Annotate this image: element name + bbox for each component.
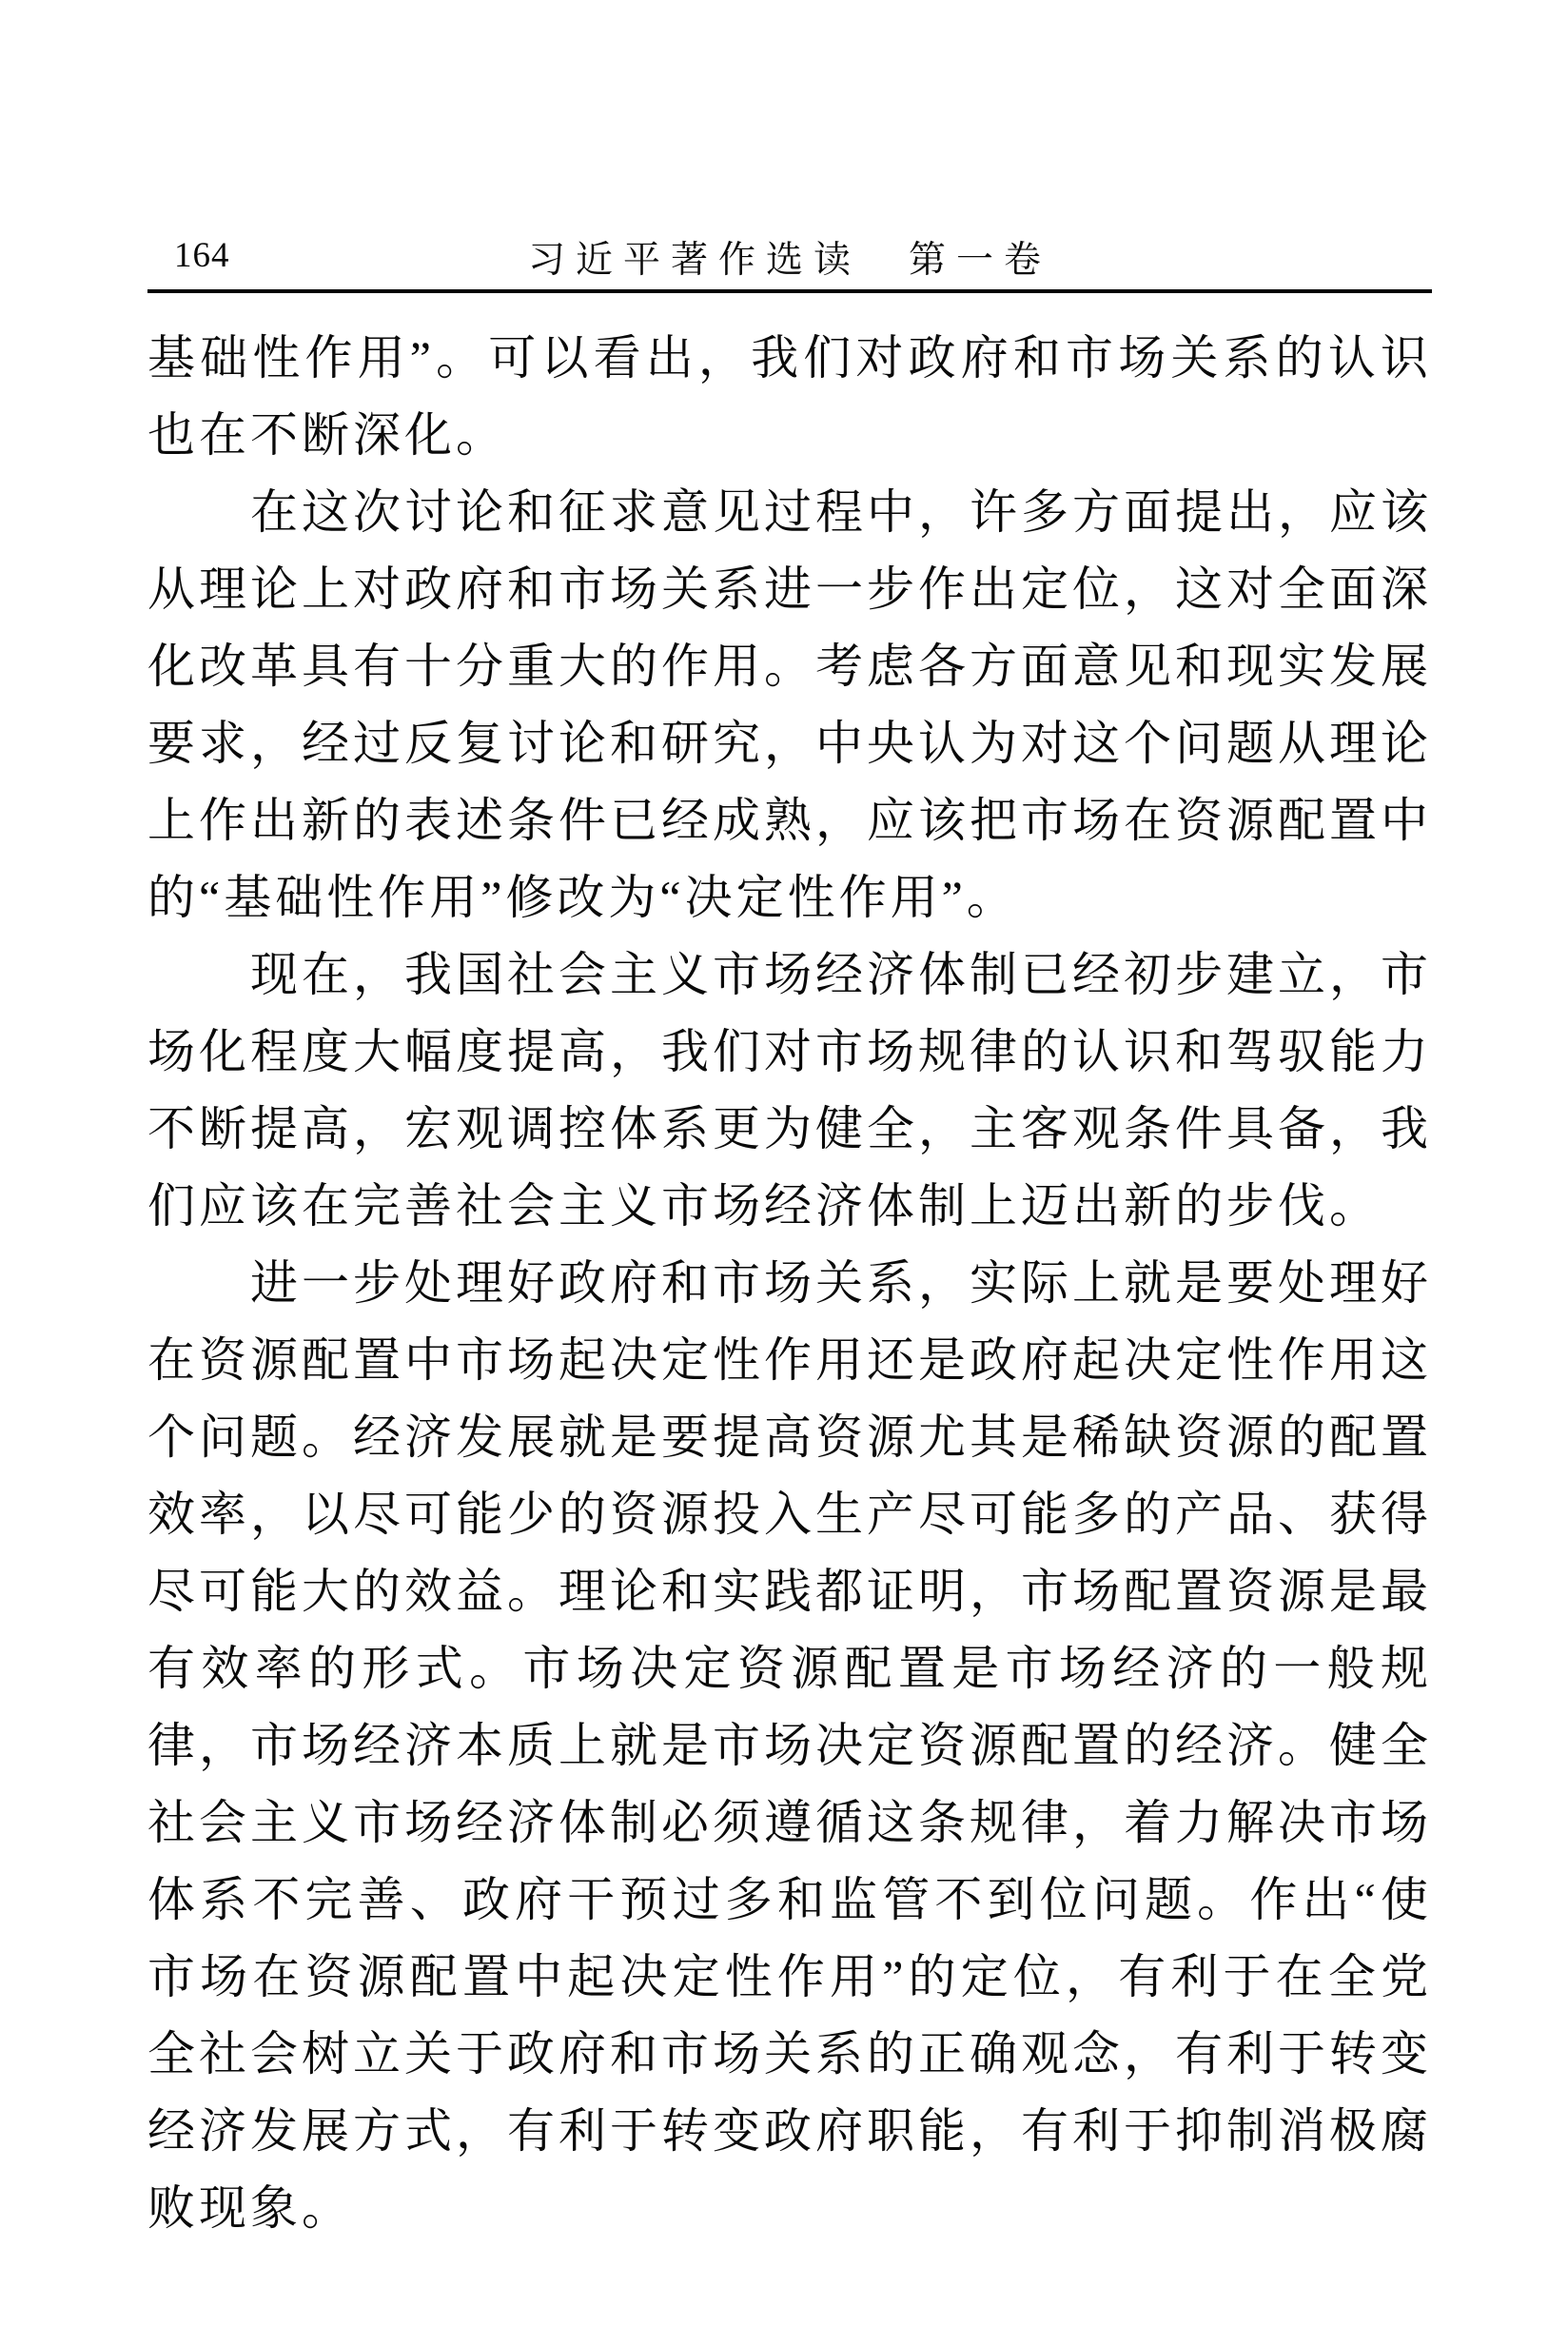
running-title: 习近平著作选读 第一卷 xyxy=(147,217,1432,284)
book-page: 164 习近平著作选读 第一卷 基础性作用”。可以看出，我们对政府和市场关系的认… xyxy=(0,0,1568,2347)
body-paragraph: 进一步处理好政府和市场关系，实际上就是要处理好在资源配置中市场起决定性作用还是政… xyxy=(147,1245,1432,2247)
text-column: 164 习近平著作选读 第一卷 基础性作用”。可以看出，我们对政府和市场关系的认… xyxy=(147,217,1432,2247)
body-paragraph: 现在，我国社会主义市场经济体制已经初步建立，市场化程度大幅度提高，我们对市场规律… xyxy=(147,937,1432,1245)
page-header: 164 习近平著作选读 第一卷 xyxy=(147,217,1432,276)
body-paragraph: 基础性作用”。可以看出，我们对政府和市场关系的认识也在不断深化。 xyxy=(147,320,1432,474)
header-rule xyxy=(147,289,1432,293)
page-number: 164 xyxy=(174,235,230,276)
body-text: 基础性作用”。可以看出，我们对政府和市场关系的认识也在不断深化。在这次讨论和征求… xyxy=(147,320,1432,2247)
body-paragraph: 在这次讨论和征求意见过程中，许多方面提出，应该从理论上对政府和市场关系进一步作出… xyxy=(147,474,1432,937)
